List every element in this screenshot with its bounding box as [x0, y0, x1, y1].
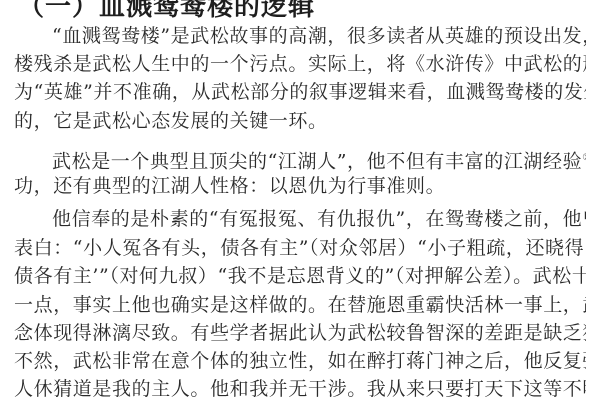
paragraph-line: 表白：“小人冤各有头，债各有主”（对众邻居）“小子粗疏，还晓得‘冤各有头，	[14, 234, 586, 262]
paragraph-line: 的，它是武松心态发展的关键一环。	[14, 107, 586, 135]
paragraph-line: 一点，事实上他也确实是这样做的。在替施恩重霸快活林一事上，武松的报恩观	[14, 291, 586, 319]
document-page: （一）血溅鸳鸯楼的逻辑 “血溅鸳鸯楼”是武松故事的高潮，很多读者从英雄的预设出发…	[0, 0, 600, 400]
paragraph-line: 不然，武松非常在意个体的独立性，如在醉打蒋门神之后，他反复强调：“你众	[14, 347, 586, 375]
paragraph-line: 武松是一个典型且顶尖的“江湖人”，他不但有丰富的江湖经验①和不凡的武	[52, 144, 586, 172]
section-heading: （一）血溅鸳鸯楼的逻辑	[18, 0, 315, 23]
paragraph-line: 楼残杀是武松人生中的一个污点。实际上，将《水浒传》中武松的形象简单概括	[14, 50, 586, 78]
paragraph-line: “血溅鸳鸯楼”是武松故事的高潮，很多读者从英雄的预设出发，认为鸳鸯	[52, 22, 586, 50]
paragraph-line: 债各有主’”（对何九叔）“我不是忘恩背义的”（对押解公差）。武松十分看重这	[14, 262, 586, 290]
footnote-marker[interactable]: ①	[582, 153, 586, 163]
paragraph-line: 功，还有典型的江湖人性格：以恩仇为行事准则。	[14, 172, 586, 200]
paragraph-line: 人休猜道是我的主人。他和我并无干涉。我从来只要打天下这等不明道德的人！	[14, 375, 586, 400]
paragraph-line: 他信奉的是朴素的“有冤报冤、有仇报仇”，在鸳鸯楼之前，他曾反复自我	[52, 205, 586, 233]
line-text: 武松是一个典型且顶尖的“江湖人”，他不但有丰富的江湖经验	[52, 150, 582, 172]
paragraph-line: 为“英雄”并不准确，从武松部分的叙事逻辑来看，血溅鸳鸯楼的发生也是合理	[14, 78, 586, 106]
paragraph-line: 念体现得淋漓尽致。有些学者据此认为武松较鲁智深的差距是缺乏独立性，其实	[14, 319, 586, 347]
